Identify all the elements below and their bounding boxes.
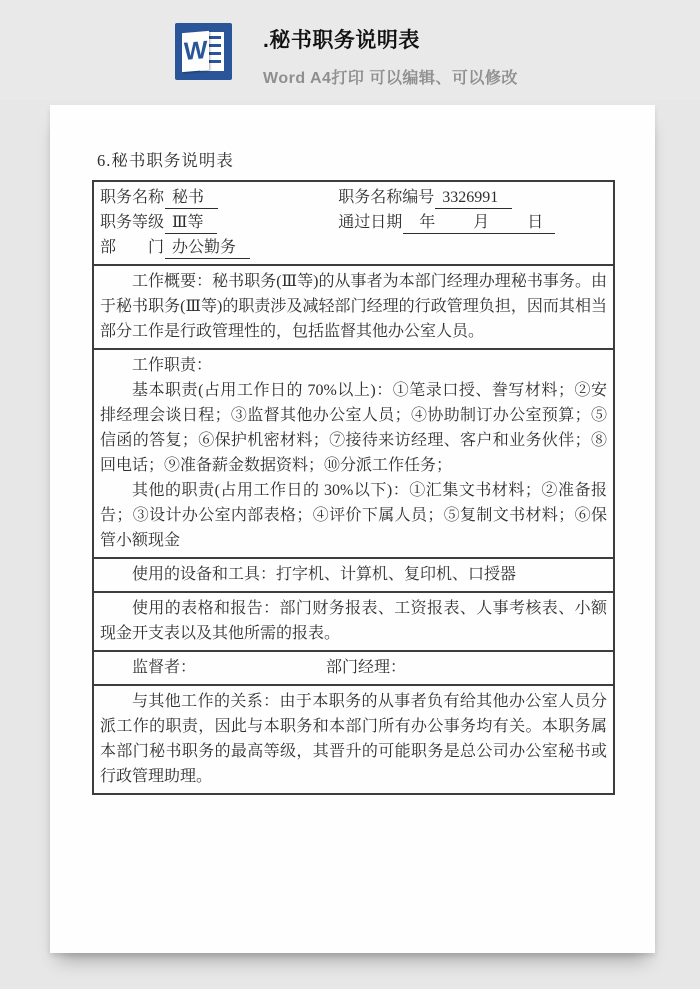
table-row-relations: 与其他工作的关系：由于本职务的从事者负有给其他办公室人员分派工作的职责，因此与本… <box>94 686 613 793</box>
department-value: 办公勤务 <box>165 237 250 259</box>
header-text: .秘书职务说明表 Word A4打印 可以编辑、可以修改 <box>263 24 518 88</box>
word-icon: W <box>175 23 232 80</box>
duties-other-text: 其他的职责(占用工作日的 30%以下)：①汇集文书材料；②准备报告；③设计办公室… <box>100 478 607 553</box>
duties-basic-text: 基本职责(占用工作日的 70%以上)：①笔录口授、誊写材料；②安排经理会谈日程；… <box>100 378 607 478</box>
table-row-equipment: 使用的设备和工具：打字机、计算机、复印机、口授器 <box>94 559 613 593</box>
document-heading: 6.秘书职务说明表 <box>97 147 615 171</box>
table-row-info: 职务名称秘书 职务名称编号3326991 职务等级Ⅲ等 通过日期年 月 日 部 … <box>94 182 613 266</box>
forms-text: 使用的表格和报告：部门财务报表、工资报表、人事考核表、小额现金开支表以及其他所需… <box>100 596 607 646</box>
job-code-value: 3326991 <box>435 187 512 209</box>
info-line-1: 职务名称秘书 职务名称编号3326991 <box>100 185 607 210</box>
job-description-table: 职务名称秘书 职务名称编号3326991 职务等级Ⅲ等 通过日期年 月 日 部 … <box>92 180 615 795</box>
supervisor-label: 监督者： <box>132 655 196 680</box>
job-name-value: 秘书 <box>165 187 218 209</box>
approve-date-label: 通过日期 <box>338 214 402 231</box>
job-grade-value: Ⅲ等 <box>165 212 217 234</box>
relations-text: 与其他工作的关系：由于本职务的从事者负有给其他办公室人员分派工作的职责，因此与本… <box>100 689 607 789</box>
table-row-duties: 工作职责： 基本职责(占用工作日的 70%以上)：①笔录口授、誊写材料；②安排经… <box>94 350 613 559</box>
manager-label: 部门经理： <box>326 655 406 680</box>
file-preview-header: W .秘书职务说明表 Word A4打印 可以编辑、可以修改 <box>0 0 700 100</box>
file-title: .秘书职务说明表 <box>263 24 518 54</box>
info-line-2: 职务等级Ⅲ等 通过日期年 月 日 <box>100 210 607 235</box>
equipment-text: 使用的设备和工具：打字机、计算机、复印机、口授器 <box>100 562 607 587</box>
job-grade-label: 职务等级 <box>100 214 164 231</box>
file-subtitle: Word A4打印 可以编辑、可以修改 <box>263 65 518 88</box>
job-code-label: 职务名称编号 <box>338 189 434 206</box>
job-name-label: 职务名称 <box>100 189 164 206</box>
table-row-forms: 使用的表格和报告：部门财务报表、工资报表、人事考核表、小额现金开支表以及其他所需… <box>94 593 613 652</box>
info-line-3: 部 门办公勤务 <box>100 235 607 260</box>
department-label: 部 门 <box>100 239 164 256</box>
document-page: 6.秘书职务说明表 职务名称秘书 职务名称编号3326991 职务等级Ⅲ等 通过… <box>50 105 655 953</box>
word-icon-letter: W <box>182 31 209 72</box>
approve-date-value: 年 月 日 <box>403 212 555 234</box>
table-row-supervisor: 监督者： 部门经理： <box>94 652 613 686</box>
duties-heading: 工作职责： <box>100 353 607 378</box>
work-summary-text: 工作概要：秘书职务(Ⅲ等)的从事者为本部门经理办理秘书事务。由于秘书职务(Ⅲ等)… <box>100 269 607 344</box>
table-row-summary: 工作概要：秘书职务(Ⅲ等)的从事者为本部门经理办理秘书事务。由于秘书职务(Ⅲ等)… <box>94 266 613 350</box>
word-icon-w: W <box>184 36 208 67</box>
